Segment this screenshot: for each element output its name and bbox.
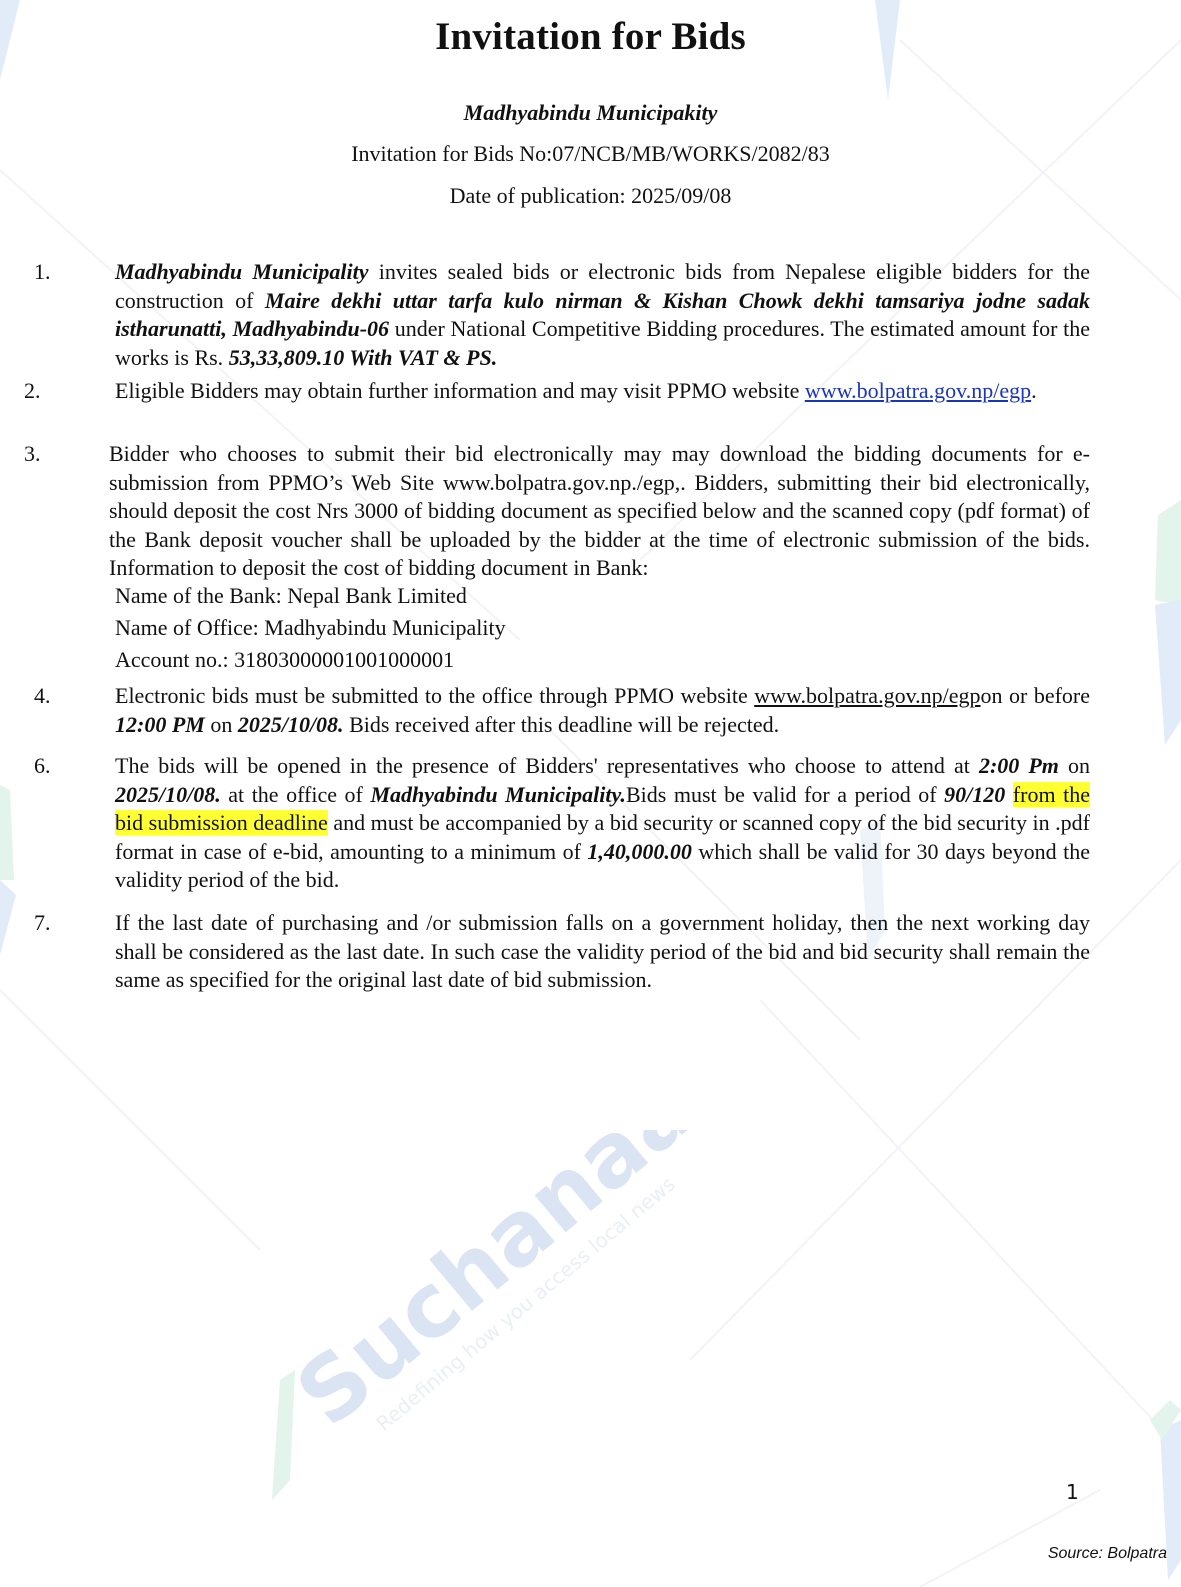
item-number: 4. — [34, 682, 51, 711]
text-run: on — [205, 712, 238, 737]
text-run: Eligible Bidders may obtain further info… — [115, 378, 805, 403]
item-number: 1. — [34, 258, 51, 287]
page-title: Invitation for Bids — [0, 14, 1181, 59]
text-run: Bidder who chooses to submit their bid e… — [109, 441, 1090, 580]
text-run: Bids must be valid for a period of — [626, 782, 944, 807]
emphasized-text: 1,40,000.00 — [587, 839, 692, 864]
watermark-brand: Suchanaa — [290, 1130, 710, 1446]
account-number: Account no.: 31803000001001000001 — [115, 647, 454, 673]
item-text: Eligible Bidders may obtain further info… — [115, 377, 1090, 406]
emphasized-text: Madhyabindu Municipality. — [370, 782, 626, 807]
text-run: at the office of — [221, 782, 371, 807]
item-text: Madhyabindu Municipality invites sealed … — [115, 258, 1090, 372]
item-text: If the last date of purchasing and /or s… — [115, 909, 1090, 995]
watermark: Suchanaa Redefining how you access local… — [290, 1130, 710, 1450]
publication-date: Date of publication: 2025/09/08 — [0, 183, 1181, 209]
bank-name: Name of the Bank: Nepal Bank Limited — [115, 583, 467, 609]
item-number: 6. — [34, 752, 51, 781]
emphasized-text: Madhyabindu Municipality — [115, 259, 369, 284]
text-run: on or before — [981, 683, 1091, 708]
item-number: 2. — [24, 377, 41, 406]
text-run: Electronic bids must be submitted to the… — [115, 683, 754, 708]
text-run: on — [1059, 753, 1090, 778]
source-credit: Source: Bolpatra — [1048, 1545, 1167, 1563]
emphasized-text: 53,33,809.10 With VAT & PS. — [229, 345, 498, 370]
item-text: Electronic bids must be submitted to the… — [115, 682, 1090, 739]
ifb-number: Invitation for Bids No:07/NCB/MB/WORKS/2… — [0, 141, 1181, 167]
emphasized-text: 2:00 Pm — [979, 753, 1059, 778]
emphasized-text: 2025/10/08. — [115, 782, 221, 807]
item-number: 7. — [34, 909, 51, 938]
organization-name: Madhyabindu Municipakity — [0, 100, 1181, 126]
text-run — [1005, 782, 1013, 807]
website-link[interactable]: www.bolpatra.gov.np/egp — [805, 378, 1031, 403]
page-number: 1 — [1066, 1480, 1079, 1504]
text-run: . — [1031, 378, 1037, 403]
emphasized-text: 90/120 — [944, 782, 1005, 807]
emphasized-text: 2025/10/08. — [238, 712, 344, 737]
item-number: 3. — [24, 440, 41, 469]
emphasized-text: 12:00 PM — [115, 712, 205, 737]
watermark-tagline: Redefining how you access local news — [372, 1172, 680, 1436]
text-run: If the last date of purchasing and /or s… — [115, 910, 1090, 992]
item-text: The bids will be opened in the presence … — [115, 752, 1090, 895]
text-run: Bids received after this deadline will b… — [344, 712, 780, 737]
underlined-url: www.bolpatra.gov.np/egp — [754, 683, 980, 708]
item-text: Bidder who chooses to submit their bid e… — [109, 440, 1090, 583]
text-run: The bids will be opened in the presence … — [115, 753, 979, 778]
office-name: Name of Office: Madhyabindu Municipality — [115, 615, 506, 641]
